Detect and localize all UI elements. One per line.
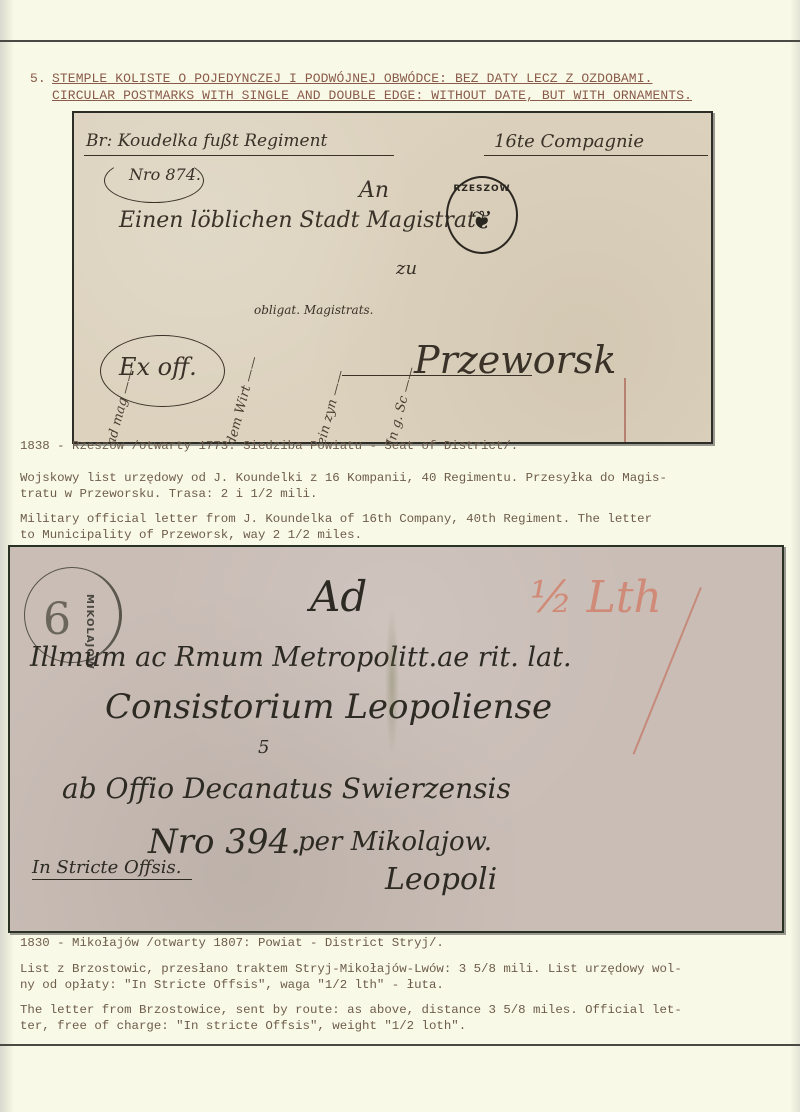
postmark-ornament-icon: 6 bbox=[43, 594, 71, 645]
stricte-underline bbox=[32, 879, 192, 880]
cover-1-description-polish: Wojskowy list urzędowy od J. Koundelki z… bbox=[20, 470, 780, 502]
cover-line-2-numeral: 5 bbox=[258, 737, 269, 758]
cover-zu: zu bbox=[396, 258, 417, 279]
section-number: 5. bbox=[30, 70, 52, 87]
stain bbox=[385, 607, 399, 757]
cover-1-description-english: Military official letter from J. Koundel… bbox=[20, 511, 780, 543]
cover-2-description-polish: List z Brzostowic, przesłano traktem Str… bbox=[20, 961, 780, 993]
cover-red-weight-mark: ½ Lth bbox=[530, 572, 662, 623]
cover-number: Nro 394. bbox=[148, 822, 301, 862]
postmark-town: RZESZOW bbox=[448, 184, 516, 194]
section-title-polish: STEMPLE KOLISTE O POJEDYNCZEJ I PODWÓJNE… bbox=[52, 71, 653, 86]
cover-2-description-english: The letter from Brzostowice, sent by rou… bbox=[20, 1002, 780, 1034]
page-right-edge-shadow bbox=[790, 0, 800, 1112]
postmark-ornament-icon: ❦ bbox=[471, 206, 493, 236]
destination-underline bbox=[342, 375, 532, 376]
cover-in-stricte-offsis: In Stricte Offsis. bbox=[32, 857, 182, 878]
cover-addressee: Einen löblichen Stadt Magistrat bbox=[119, 208, 476, 233]
section-title-english: CIRCULAR POSTMARKS WITH SINGLE AND DOUBL… bbox=[30, 87, 790, 104]
sender-underline bbox=[84, 155, 394, 156]
cover-per-route: per Mikolajow. bbox=[298, 827, 492, 857]
cover-image-mikolajow: MIKOLAJOW 6 Ad Illmum ac Rmum Metropolit… bbox=[8, 545, 784, 933]
top-divider-rule bbox=[0, 40, 800, 42]
section-heading: 5.STEMPLE KOLISTE O POJEDYNCZEJ I PODWÓJ… bbox=[30, 70, 790, 104]
cover-company: 16te Compagnie bbox=[494, 131, 644, 152]
docket-notes-3: ein zyn —— bbox=[314, 369, 348, 444]
number-flourish bbox=[104, 158, 204, 203]
docket-notes-2: dem Wirt —— bbox=[224, 355, 262, 444]
cover-ad: Ad bbox=[310, 572, 367, 621]
cover-line-2: Consistorium Leopoliense bbox=[105, 687, 552, 727]
postmark-rzeszow: RZESZOW ❦ bbox=[446, 176, 518, 254]
docket-notes-4: In g. Sc —— bbox=[384, 365, 419, 444]
cover-image-rzeszow: Br: Koudelka fußt Regiment 16te Compagni… bbox=[72, 111, 713, 444]
cover-1-caption-title: 1838 - Rzeszów /otwarty 1773: Siedziba P… bbox=[20, 438, 780, 454]
bottom-divider-rule bbox=[0, 1044, 800, 1046]
cover-2-caption-title: 1830 - Mikołajów /otwarty 1807: Powiat -… bbox=[20, 935, 780, 951]
company-underline bbox=[484, 155, 708, 156]
cover-destination: Leopoli bbox=[385, 862, 497, 897]
cover-sub-line: obligat. Magistrats. bbox=[254, 303, 374, 317]
cover-an: An bbox=[359, 178, 389, 203]
cover-sender-line: Br: Koudelka fußt Regiment bbox=[86, 131, 327, 151]
red-pencil-stroke bbox=[624, 378, 626, 444]
cover-line-3: ab Offio Decanatus Swierzensis bbox=[62, 772, 511, 805]
cover-line-1: Illmum ac Rmum Metropolitt.ae rit. lat. bbox=[30, 642, 572, 673]
